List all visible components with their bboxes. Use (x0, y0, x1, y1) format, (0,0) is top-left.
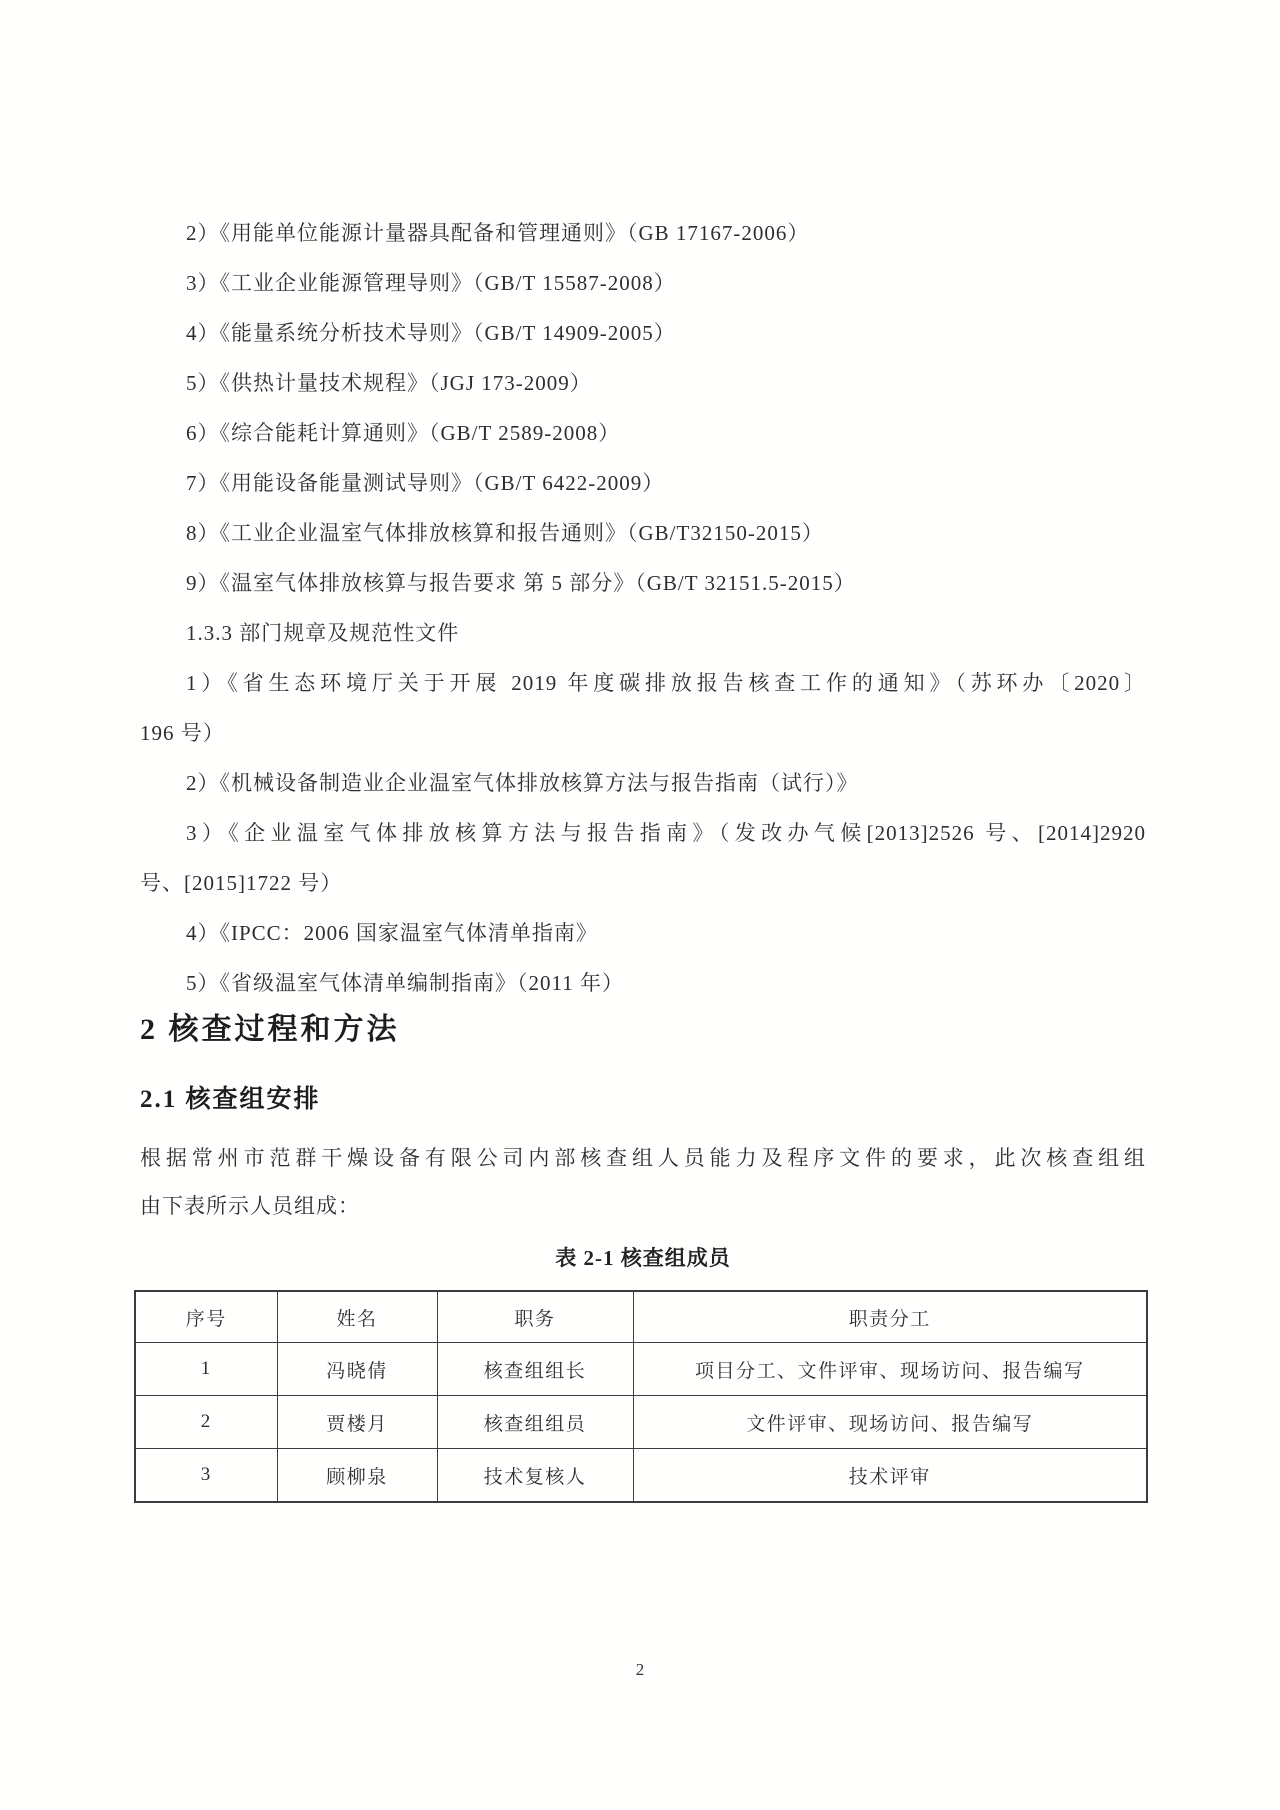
reference-line-continuation: 196 号） (140, 708, 1146, 758)
table-row: 3 顾柳泉 技术复核人 技术评审 (135, 1449, 1147, 1503)
cell-name: 贾楼月 (277, 1396, 437, 1449)
cell-index: 1 (135, 1343, 277, 1396)
reference-line: 2）《机械设备制造业企业温室气体排放核算方法与报告指南（试行）》 (140, 758, 1146, 808)
subsection-heading: 2.1 核查组安排 (140, 1080, 1146, 1120)
verification-team-table: 序号 姓名 职务 职责分工 1 冯晓倩 核查组组长 项目分工、文件评审、现场访问… (134, 1290, 1148, 1503)
reference-line: 8）《工业企业温室气体排放核算和报告通则》（GB/T32150-2015） (140, 508, 1146, 558)
cell-index: 2 (135, 1396, 277, 1449)
cell-role: 技术复核人 (437, 1449, 633, 1503)
column-header-name: 姓名 (277, 1291, 437, 1343)
table-header-row: 序号 姓名 职务 职责分工 (135, 1291, 1147, 1343)
cell-duties: 文件评审、现场访问、报告编写 (633, 1396, 1147, 1449)
reference-line: 4）《IPCC：2006 国家温室气体清单指南》 (140, 908, 1146, 958)
reference-line: 1）《省生态环境厅关于开展 2019 年度碳排放报告核查工作的通知》（苏环办〔2… (140, 658, 1146, 708)
reference-line: 7）《用能设备能量测试导则》（GB/T 6422-2009） (140, 458, 1146, 508)
table-caption: 表 2-1 核查组成员 (140, 1238, 1146, 1278)
reference-line: 3）《企业温室气体排放核算方法与报告指南》（发改办气候[2013]2526 号、… (140, 808, 1146, 858)
body-paragraph-line: 由下表所示人员组成： (140, 1182, 1146, 1230)
reference-line-continuation: 号、[2015]1722 号） (140, 858, 1146, 908)
cell-role: 核查组组员 (437, 1396, 633, 1449)
cell-duties: 技术评审 (633, 1449, 1147, 1503)
section-heading: 2 核查过程和方法 (140, 1008, 1146, 1052)
cell-duties: 项目分工、文件评审、现场访问、报告编写 (633, 1343, 1147, 1396)
column-header-index: 序号 (135, 1291, 277, 1343)
cell-index: 3 (135, 1449, 277, 1503)
table-row: 1 冯晓倩 核查组组长 项目分工、文件评审、现场访问、报告编写 (135, 1343, 1147, 1396)
reference-line: 2）《用能单位能源计量器具配备和管理通则》（GB 17167-2006） (140, 208, 1146, 258)
cell-name: 冯晓倩 (277, 1343, 437, 1396)
subsection-heading-1-3-3: 1.3.3 部门规章及规范性文件 (140, 608, 1146, 658)
reference-line: 9）《温室气体排放核算与报告要求 第 5 部分》（GB/T 32151.5-20… (140, 558, 1146, 608)
table-row: 2 贾楼月 核查组组员 文件评审、现场访问、报告编写 (135, 1396, 1147, 1449)
document-page: 2）《用能单位能源计量器具配备和管理通则》（GB 17167-2006） 3）《… (0, 0, 1280, 1810)
reference-line: 5）《省级温室气体清单编制指南》（2011 年） (140, 958, 1146, 1008)
column-header-role: 职务 (437, 1291, 633, 1343)
reference-line: 4）《能量系统分析技术导则》（GB/T 14909-2005） (140, 308, 1146, 358)
cell-name: 顾柳泉 (277, 1449, 437, 1503)
cell-role: 核查组组长 (437, 1343, 633, 1396)
body-paragraph-line: 根据常州市范群干燥设备有限公司内部核查组人员能力及程序文件的要求，此次核查组组 (140, 1134, 1146, 1182)
reference-line: 5）《供热计量技术规程》（JGJ 173-2009） (140, 358, 1146, 408)
column-header-duties: 职责分工 (633, 1291, 1147, 1343)
reference-line: 3）《工业企业能源管理导则》（GB/T 15587-2008） (140, 258, 1146, 308)
page-content: 2）《用能单位能源计量器具配备和管理通则》（GB 17167-2006） 3）《… (0, 0, 1280, 1503)
page-number: 2 (0, 1655, 1280, 1685)
reference-line: 6）《综合能耗计算通则》（GB/T 2589-2008） (140, 408, 1146, 458)
